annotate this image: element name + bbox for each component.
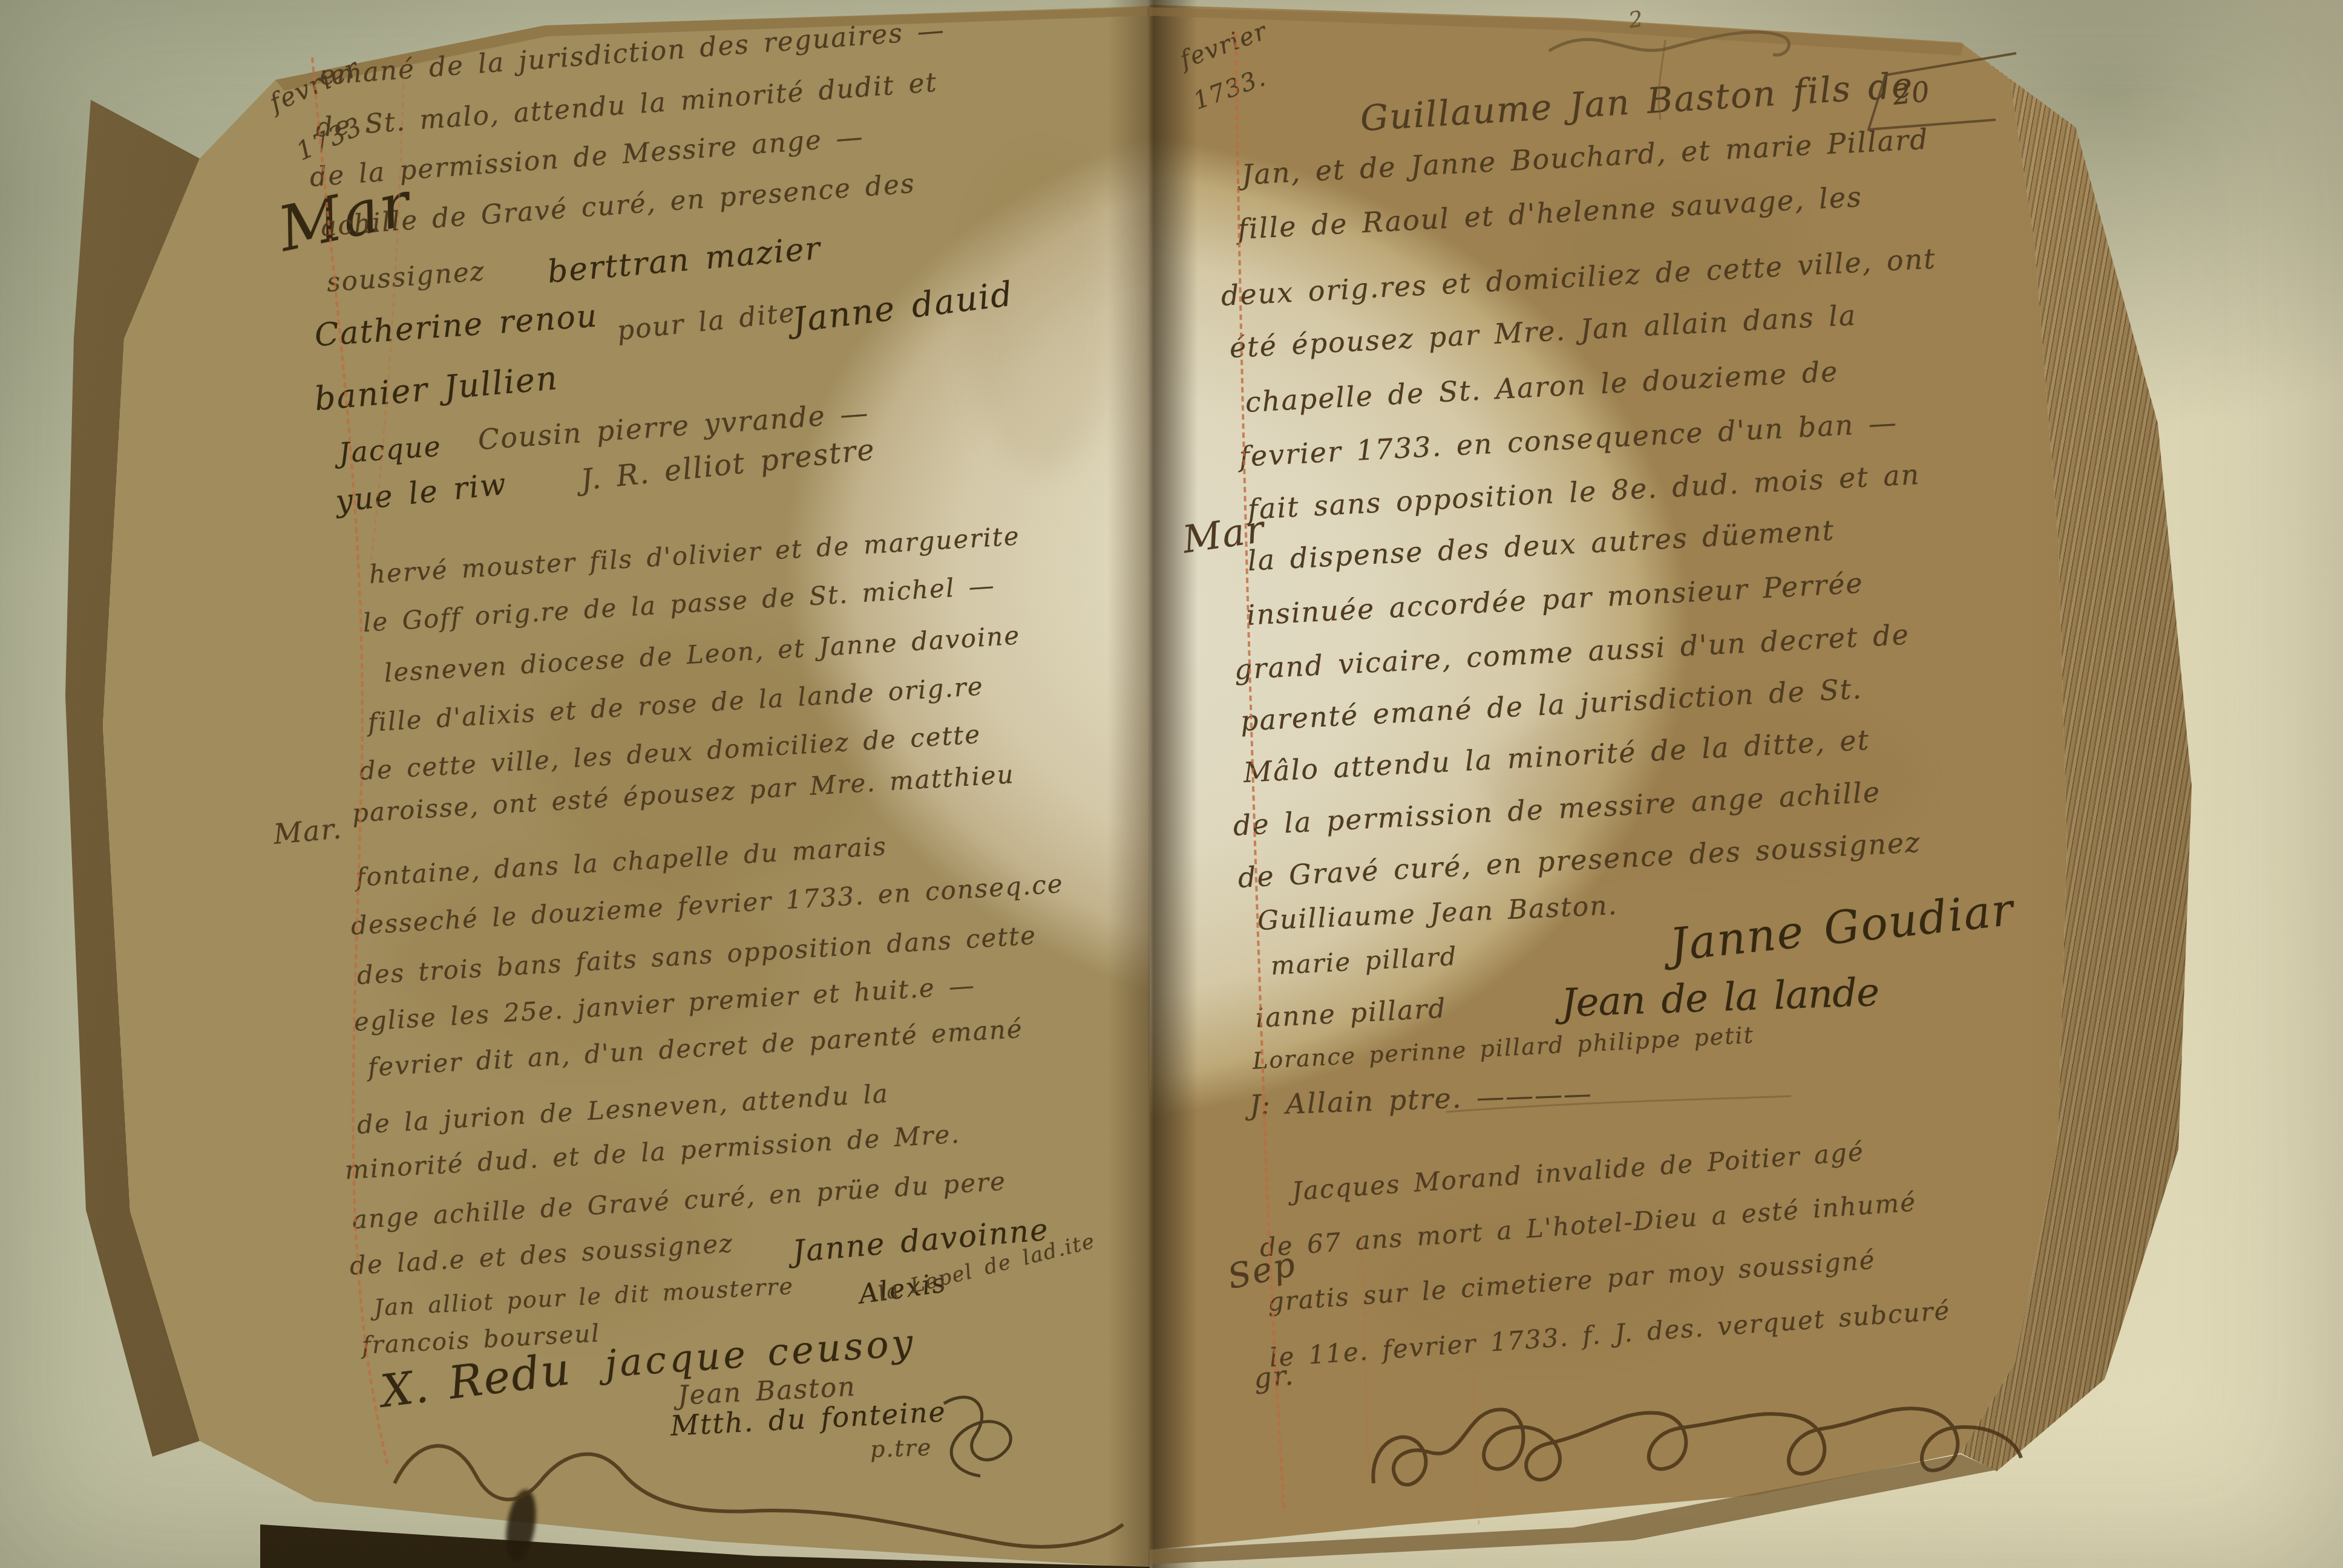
page-number-box (1869, 53, 2016, 129)
parish-register-photo: fevrier 1733. Mar Mar. emané de la juris… (0, 0, 2343, 1568)
paraph-flourish-fonteine (944, 1397, 1011, 1476)
stitch-line-left (312, 57, 387, 1464)
closing-loops-flourish-right (1373, 1408, 2021, 1485)
ink-flourish-layer (0, 0, 2343, 1568)
top-swash-tail (1659, 40, 1665, 120)
stitch-line-right-3 (1472, 1355, 1479, 1524)
stitch-line-left-2 (370, 57, 404, 569)
stitch-line-right (1236, 33, 1284, 1512)
closing-wave-flourish-left (395, 1446, 1123, 1547)
top-swash-mark (1549, 32, 1789, 55)
stitch-line-right-2 (1362, 1234, 1369, 1476)
underline-allain (1446, 1096, 1791, 1112)
